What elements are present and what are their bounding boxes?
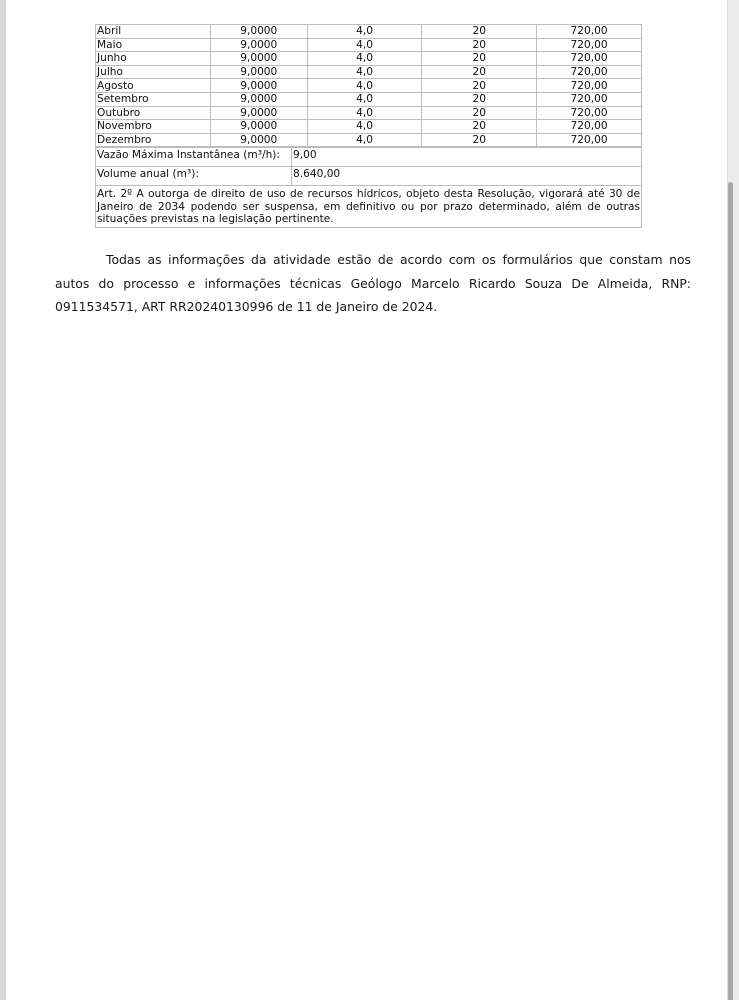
max-flow-label: Vazão Máxima Instantânea (m³/h):: [96, 148, 292, 167]
days-cell: 20: [422, 52, 537, 66]
table-row: Julho9,00004,020720,00: [96, 65, 642, 79]
month-cell: Setembro: [96, 92, 211, 106]
table-row: Dezembro9,00004,020720,00: [96, 133, 642, 147]
scrollbar-thumb[interactable]: [728, 182, 733, 1000]
volume-cell: 720,00: [537, 92, 642, 106]
table-row: Outubro9,00004,020720,00: [96, 106, 642, 120]
month-cell: Novembro: [96, 120, 211, 134]
flow-rate-cell: 9,0000: [210, 38, 307, 52]
hours-cell: 4,0: [307, 25, 422, 39]
flow-rate-cell: 9,0000: [210, 120, 307, 134]
article-row: Art. 2º A outorga de direito de uso de r…: [96, 186, 642, 228]
month-cell: Abril: [96, 25, 211, 39]
month-cell: Julho: [96, 65, 211, 79]
flow-rate-cell: 9,0000: [210, 133, 307, 147]
annual-volume-label: Volume anual (m³):: [96, 167, 292, 186]
month-cell: Agosto: [96, 79, 211, 93]
flow-rate-cell: 9,0000: [210, 25, 307, 39]
hours-cell: 4,0: [307, 79, 422, 93]
max-flow-row: Vazão Máxima Instantânea (m³/h): 9,00: [96, 148, 642, 167]
days-cell: 20: [422, 25, 537, 39]
hours-cell: 4,0: [307, 106, 422, 120]
days-cell: 20: [422, 106, 537, 120]
body-paragraph: Todas as informações da atividade estão …: [55, 248, 691, 319]
table-row: Maio9,00004,020720,00: [96, 38, 642, 52]
volume-cell: 720,00: [537, 52, 642, 66]
hours-cell: 4,0: [307, 38, 422, 52]
volume-cell: 720,00: [537, 65, 642, 79]
volume-cell: 720,00: [537, 25, 642, 39]
volume-cell: 720,00: [537, 79, 642, 93]
table-row: Setembro9,00004,020720,00: [96, 92, 642, 106]
max-flow-value: 9,00: [292, 148, 642, 167]
article-2-text: Art. 2º A outorga de direito de uso de r…: [96, 186, 642, 228]
month-cell: Maio: [96, 38, 211, 52]
days-cell: 20: [422, 79, 537, 93]
flow-rate-cell: 9,0000: [210, 106, 307, 120]
volume-cell: 720,00: [537, 106, 642, 120]
month-cell: Junho: [96, 52, 211, 66]
annual-volume-value: 8.640,00: [292, 167, 642, 186]
table-row: Junho9,00004,020720,00: [96, 52, 642, 66]
hours-cell: 4,0: [307, 52, 422, 66]
flow-rate-cell: 9,0000: [210, 92, 307, 106]
days-cell: 20: [422, 38, 537, 52]
flow-rate-cell: 9,0000: [210, 52, 307, 66]
table-row: Abril9,00004,020720,00: [96, 25, 642, 39]
summary-table: Vazão Máxima Instantânea (m³/h): 9,00 Vo…: [95, 147, 642, 228]
table-row: Agosto9,00004,020720,00: [96, 79, 642, 93]
month-cell: Dezembro: [96, 133, 211, 147]
volume-cell: 720,00: [537, 38, 642, 52]
month-cell: Outubro: [96, 106, 211, 120]
volume-cell: 720,00: [537, 120, 642, 134]
table-row: Novembro9,00004,020720,00: [96, 120, 642, 134]
days-cell: 20: [422, 92, 537, 106]
hours-cell: 4,0: [307, 92, 422, 106]
flow-rate-cell: 9,0000: [210, 79, 307, 93]
hours-cell: 4,0: [307, 65, 422, 79]
days-cell: 20: [422, 65, 537, 79]
volume-cell: 720,00: [537, 133, 642, 147]
flow-rate-cell: 9,0000: [210, 65, 307, 79]
hours-cell: 4,0: [307, 133, 422, 147]
days-cell: 20: [422, 120, 537, 134]
annual-volume-row: Volume anual (m³): 8.640,00: [96, 167, 642, 186]
hours-cell: 4,0: [307, 120, 422, 134]
days-cell: 20: [422, 133, 537, 147]
monthly-flow-table: Abril9,00004,020720,00Maio9,00004,020720…: [95, 24, 642, 147]
